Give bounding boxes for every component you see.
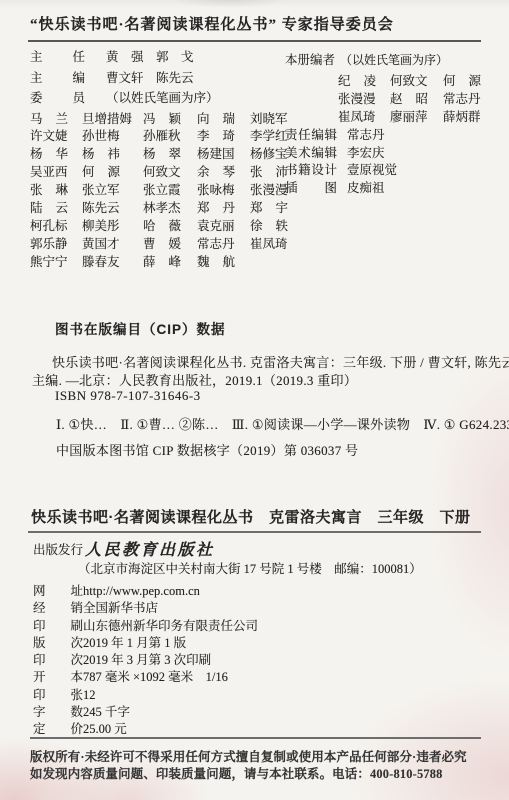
committee-role-row: 主任黄 强 郭 戈 xyxy=(30,47,308,68)
person-name: 张漫漫 xyxy=(338,91,390,109)
role-label: 主任 xyxy=(30,47,85,68)
committee-member-row: 许文婕孙世梅孙雁秋李琦李学红 xyxy=(30,128,308,146)
staff-label: 美术编辑 xyxy=(285,145,337,163)
publication-value: http://www.pep.com.cn xyxy=(83,584,200,598)
volume-editors-label: 本册编者 xyxy=(285,53,335,67)
person-name: 张咏梅 xyxy=(197,182,250,200)
publication-value: 山东德州新华印务有限责任公司 xyxy=(83,619,258,633)
person-name: 孙世梅 xyxy=(82,128,143,146)
person-name: 马兰 xyxy=(30,111,82,129)
publication-value: 787 毫米 ×1092 毫米 1/16 xyxy=(83,670,228,684)
publication-label: 出版发行 xyxy=(33,541,83,560)
divider-middle xyxy=(28,531,481,533)
person-name: 纪凌 xyxy=(338,73,390,91)
person-name: 袁克丽 xyxy=(197,218,250,236)
role-label: 主编 xyxy=(30,68,85,89)
cip-record-number: 中国版本图书馆 CIP 数据核字（2019）第 036037 号 xyxy=(56,440,358,459)
publisher-address: （北京市海淀区中关村南大街 17 号院 1 号楼 邮编：100081） xyxy=(78,561,495,577)
role-value: 黄 强 郭 戈 xyxy=(106,50,194,64)
person-name: 郭乐静 xyxy=(30,236,82,254)
divider-top xyxy=(28,40,481,42)
cip-line-1: 快乐读书吧·名著阅读课程化丛书. 克雷洛夫寓言：三年级. 下册 / 曹文轩, 陈… xyxy=(52,352,509,371)
publication-value: 25.00 元 xyxy=(83,722,127,736)
person-name: 杨祎 xyxy=(82,146,143,164)
committee-roles: 主任黄 强 郭 戈主编曹文轩 陈先云委员（以姓氏笔画为序） xyxy=(30,47,308,109)
person-name: 哈薇 xyxy=(143,218,197,236)
publication-row: 印张12 xyxy=(33,687,495,704)
copyright-notice: 版权所有·未经许可不得采用任何方式擅自复制或使用本产品任何部分·违者必究 xyxy=(30,747,467,765)
committee-role-row: 委员（以姓氏笔画为序） xyxy=(30,88,308,109)
person-name: 张立霞 xyxy=(143,182,197,200)
staff-row: 书籍设计壹原视觉 xyxy=(285,162,500,180)
role-label: 委员 xyxy=(30,88,85,109)
committee-title: “快乐读书吧·名著阅读课程化丛书” 专家指导委员会 xyxy=(30,13,394,34)
person-name: 常志丹 xyxy=(197,236,250,254)
staff-label: 书籍设计 xyxy=(285,162,337,180)
person-name: 郑丹 xyxy=(197,200,250,218)
committee-member-grid: 马兰旦增措姆冯颖向瑞刘晓军许文婕孙世梅孙雁秋李琦李学红杨华杨祎杨翠杨建国杨修宝吴… xyxy=(30,111,308,272)
person-name: 吴亚西 xyxy=(30,164,82,182)
publication-label: 字数 xyxy=(33,704,83,721)
person-name: 薛炳群 xyxy=(443,109,500,127)
publication-row: 印次2019 年 3 月第 3 次印刷 xyxy=(33,652,495,669)
quality-contact-line: 如发现内容质量问题、印装质量问题，请与本社联系。电话：400-810-5788 xyxy=(30,764,443,782)
person-name: 徐轶 xyxy=(250,218,308,236)
staff-row: 插图皮痴祖 xyxy=(285,180,500,198)
committee-role-row: 主编曹文轩 陈先云 xyxy=(30,68,308,89)
person-name: 张立军 xyxy=(82,182,143,200)
person-name: 常志丹 xyxy=(443,91,500,109)
committee-member-row: 吴亚西何源何致文余琴张沛 xyxy=(30,164,308,182)
committee-left-column: 主任黄 强 郭 戈主编曹文轩 陈先云委员（以姓氏笔画为序） 马兰旦增措姆冯颖向瑞… xyxy=(30,47,308,272)
person-name: 林孝杰 xyxy=(143,200,197,218)
publication-row: 出版发行人民教育出版社（北京市海淀区中关村南大街 17 号院 1 号楼 邮编：1… xyxy=(33,541,495,583)
committee-member-row: 熊宁宁滕春友薛峰魏航 xyxy=(30,254,308,272)
publication-value: 2019 年 1 月第 1 版 xyxy=(83,636,186,650)
publication-value: 全国新华书店 xyxy=(83,601,158,615)
person-name: 何致文 xyxy=(390,73,443,91)
publication-row: 开本787 毫米 ×1092 毫米 1/16 xyxy=(33,669,495,686)
staff-value: 皮痴祖 xyxy=(347,181,385,195)
person-name: 魏航 xyxy=(197,254,250,272)
person-name: 杨华 xyxy=(30,146,82,164)
publication-rows: 出版发行人民教育出版社（北京市海淀区中关村南大街 17 号院 1 号楼 邮编：1… xyxy=(33,541,495,739)
publication-row: 经销全国新华书店 xyxy=(33,600,495,617)
person-name: 李琦 xyxy=(197,128,250,146)
volume-editor-row: 纪凌何致文何源 xyxy=(338,73,500,91)
person-name: 余琴 xyxy=(197,164,250,182)
person-name: 廖丽萍 xyxy=(390,109,443,127)
volume-editors-row: 本册编者（以姓氏笔画为序） xyxy=(285,50,500,70)
person-name: 何源 xyxy=(82,164,143,182)
publication-label: 经销 xyxy=(33,600,83,617)
cip-line-2: 主编. —北京：人民教育出版社，2019.1（2019.3 重印） xyxy=(32,370,357,389)
person-name: 陈先云 xyxy=(82,200,143,218)
publication-label: 印刷 xyxy=(33,618,83,635)
person-name: 陆云 xyxy=(30,200,82,218)
committee-right-column: 本册编者（以姓氏笔画为序） 纪凌何致文何源张漫漫赵昭常志丹崔凤琦廖丽萍薛炳群 责… xyxy=(285,50,500,198)
staff-row: 责任编辑常志丹 xyxy=(285,127,500,145)
publisher-logo: 人民教育出版社 xyxy=(85,542,215,559)
cip-classification: Ⅰ. ①快… Ⅱ. ①曹… ②陈… Ⅲ. ①阅读课—小学—课外读物 Ⅳ. ① G… xyxy=(56,414,509,433)
person-name: 张琳 xyxy=(30,182,82,200)
committee-member-row: 柯孔标柳美彤哈薇袁克丽徐轶 xyxy=(30,218,308,236)
publication-row: 网址http://www.pep.com.cn xyxy=(33,583,495,600)
person-name: 向瑞 xyxy=(197,111,250,129)
person-name: 滕春友 xyxy=(82,254,143,272)
staff-value: 壹原视觉 xyxy=(347,163,397,177)
cip-heading: 图书在版编目（CIP）数据 xyxy=(55,318,226,338)
role-value: 曹文轩 陈先云 xyxy=(106,71,194,85)
person-name: 曹媛 xyxy=(143,236,197,254)
volume-editor-grid: 纪凌何致文何源张漫漫赵昭常志丹崔凤琦廖丽萍薛炳群 xyxy=(338,73,500,127)
person-name: 郑宇 xyxy=(250,200,308,218)
committee-member-row: 陆云陈先云林孝杰郑丹郑宇 xyxy=(30,200,308,218)
role-value: （以姓氏笔画为序） xyxy=(106,91,219,105)
committee-member-row: 杨华杨祎杨翠杨建国杨修宝 xyxy=(30,146,308,164)
publication-value: 245 千字 xyxy=(83,705,130,719)
person-name: 柳美彤 xyxy=(82,218,143,236)
person-name: 熊宁宁 xyxy=(30,254,82,272)
publication-label: 版次 xyxy=(33,635,83,652)
committee-member-row: 张琳张立军张立霞张咏梅张漫漫 xyxy=(30,182,308,200)
publication-label: 网址 xyxy=(33,583,83,600)
book-title: 快乐读书吧·名著阅读课程化丛书 克雷洛夫寓言 三年级 下册 xyxy=(31,506,471,527)
person-name: 何致文 xyxy=(143,164,197,182)
publication-label: 印次 xyxy=(33,652,83,669)
person-name: 冯颖 xyxy=(143,111,197,129)
publication-value: 12 xyxy=(83,688,96,702)
person-name: 薛峰 xyxy=(143,254,197,272)
volume-editor-row: 张漫漫赵昭常志丹 xyxy=(338,91,500,109)
publication-row: 字数245 千字 xyxy=(33,704,495,721)
person-name: 崔凤琦 xyxy=(250,236,308,254)
person-name: 黄国才 xyxy=(82,236,143,254)
staff-rows: 责任编辑常志丹美术编辑李宏庆书籍设计壹原视觉插图皮痴祖 xyxy=(285,127,500,199)
book-copyright-page: “快乐读书吧·名著阅读课程化丛书” 专家指导委员会 主任黄 强 郭 戈主编曹文轩… xyxy=(0,0,509,800)
committee-member-row: 郭乐静黄国才曹媛常志丹崔凤琦 xyxy=(30,236,308,254)
person-name: 旦增措姆 xyxy=(82,111,143,129)
publication-row: 版次2019 年 1 月第 1 版 xyxy=(33,635,495,652)
person-name: 柯孔标 xyxy=(30,218,82,236)
publication-value: 2019 年 3 月第 3 次印刷 xyxy=(83,653,211,667)
publication-label: 开本 xyxy=(33,669,83,686)
person-name: 杨翠 xyxy=(143,146,197,164)
cip-isbn: ISBN 978-7-107-31646-3 xyxy=(55,388,201,404)
staff-label: 责任编辑 xyxy=(285,127,337,145)
staff-label: 插图 xyxy=(285,180,337,198)
volume-editor-row: 崔凤琦廖丽萍薛炳群 xyxy=(338,109,500,127)
person-name: 赵昭 xyxy=(390,91,443,109)
person-name: 杨建国 xyxy=(197,146,250,164)
staff-row: 美术编辑李宏庆 xyxy=(285,145,500,163)
divider-bottom xyxy=(30,737,481,739)
publication-row: 印刷山东德州新华印务有限责任公司 xyxy=(33,618,495,635)
volume-editors-note: （以姓氏笔画为序） xyxy=(340,53,448,67)
person-name: 孙雁秋 xyxy=(143,128,197,146)
committee-member-row: 马兰旦增措姆冯颖向瑞刘晓军 xyxy=(30,111,308,129)
person-name: 崔凤琦 xyxy=(338,109,390,127)
person-name: 许文婕 xyxy=(30,128,82,146)
staff-value: 常志丹 xyxy=(347,128,385,142)
staff-value: 李宏庆 xyxy=(347,146,385,160)
publication-label: 印张 xyxy=(33,687,83,704)
person-name: 何源 xyxy=(443,73,500,91)
